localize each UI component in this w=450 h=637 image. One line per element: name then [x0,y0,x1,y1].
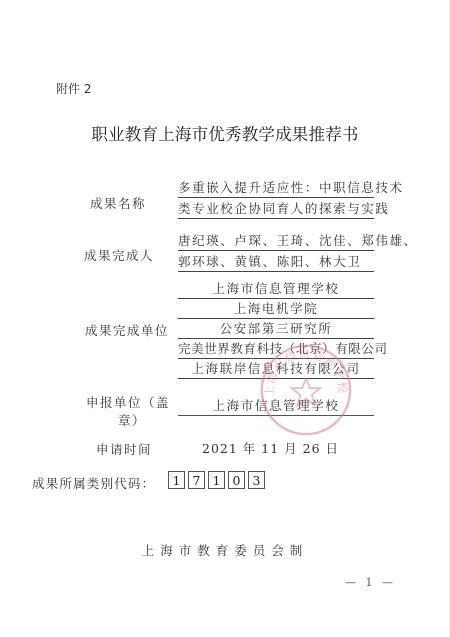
category-code-digit: 7 [188,471,205,489]
attachment-label: 附件 2 [56,80,91,97]
page-number: — 1 — [345,576,396,589]
document-title: 职业教育上海市优秀教学成果推荐书 [0,121,450,145]
category-code-digit: 3 [248,471,265,489]
achievement-name-line-2: 类专业校企协同育人的探索与实践 [178,201,374,219]
completers-line-2: 郭环球、黄镇、陈阳、林大卫 [178,254,374,272]
completing-unit-2: 上海电机学院 [178,301,374,319]
completing-unit-3: 公安部第三研究所 [178,321,374,339]
declaring-unit-label-line-2: 章） [118,411,146,429]
completers-label: 成果完成人 [84,246,154,264]
achievement-name-label: 成果名称 [90,194,146,212]
completing-units-label: 成果完成单位 [85,321,169,339]
declaring-unit-label-line-1: 申报单位（盖 [86,393,170,411]
category-code-digit: 0 [228,471,245,489]
category-code-digit: 1 [168,471,185,489]
completing-unit-5: 上海联岸信息科技有限公司 [178,361,374,379]
completers-line-1: 唐纪瑛、卢琛、王琦、沈佳、郑伟雄、 [178,233,374,251]
issuer-footer: 上海市教育委员会制 [0,541,450,559]
achievement-name-line-1: 多重嵌入提升适应性：中职信息技术 [178,180,374,198]
application-date-value: 2021 年 11 月 26 日 [202,439,339,457]
document-page: 附件 2 职业教育上海市优秀教学成果推荐书 成果名称 多重嵌入提升适应性：中职信… [0,0,450,637]
application-date-label: 申请时间 [96,440,152,458]
completing-unit-4: 完美世界教育科技（北京）有限公司 [178,341,374,359]
category-code-boxes: 1 7 1 0 3 [168,471,265,489]
completing-unit-1: 上海市信息管理学校 [178,281,374,299]
declaring-unit-value: 上海市信息管理学校 [178,398,374,416]
category-code-label: 成果所属类别代码： [32,474,155,492]
category-code-digit: 1 [208,471,225,489]
